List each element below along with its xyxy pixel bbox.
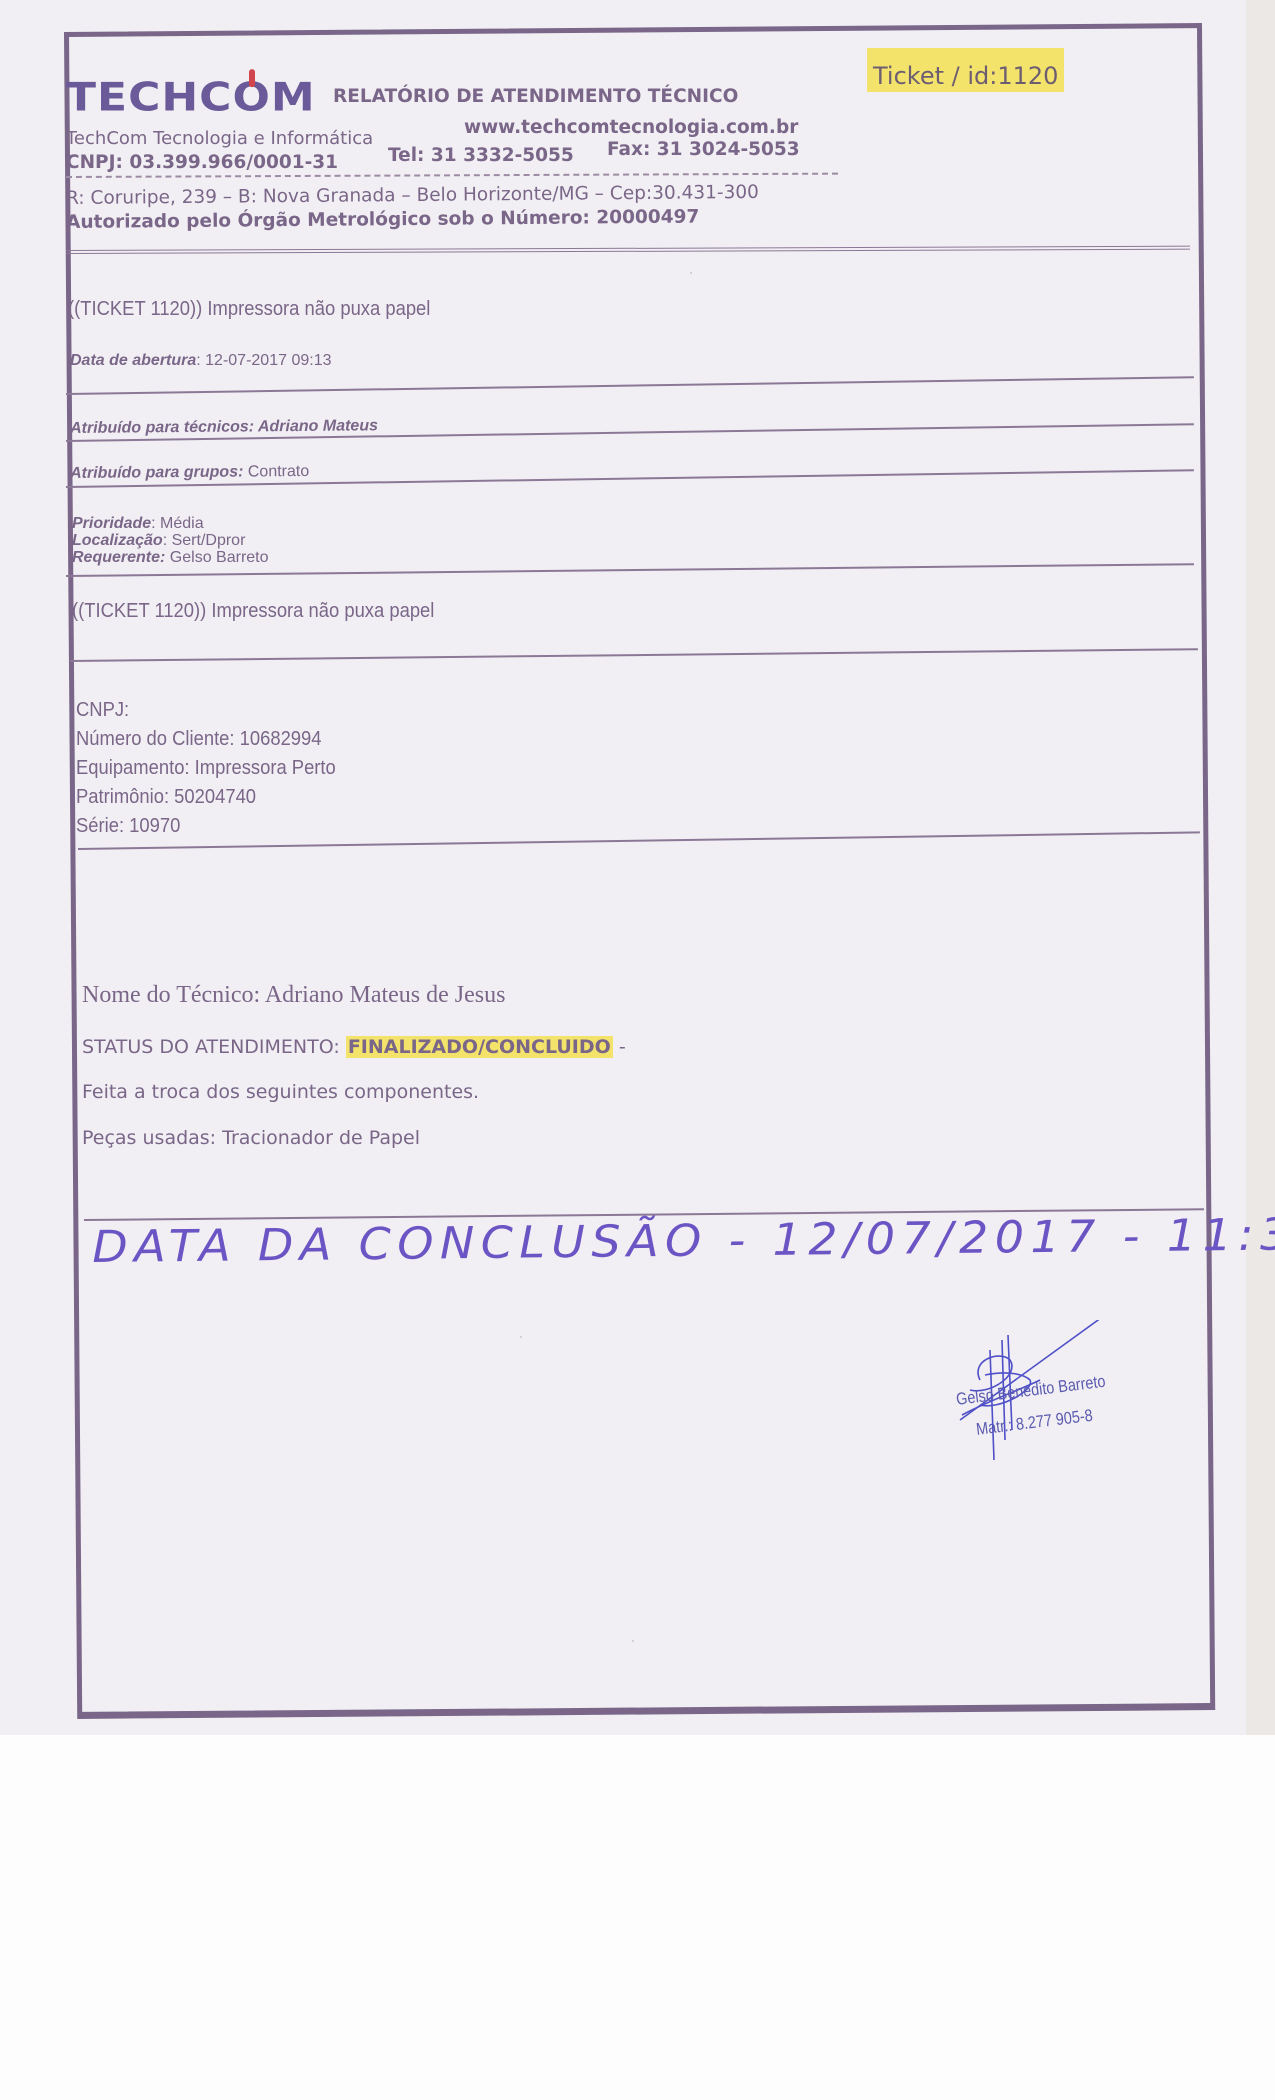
requester-value: Gelso Barreto bbox=[165, 549, 268, 566]
priority-label: Prioridade bbox=[72, 515, 151, 532]
client-cnpj: CNPJ: bbox=[76, 696, 336, 725]
techcom-logo: TECHCOM bbox=[66, 75, 316, 121]
location-value: : Sert/Dpror bbox=[163, 532, 246, 549]
client-number: Número do Cliente: 10682994 bbox=[76, 725, 336, 754]
location: Localização: Sert/Dpror bbox=[72, 532, 269, 549]
opening-date-label: Data de abertura bbox=[70, 352, 196, 369]
assigned-groups-label: Atribuído para grupos: bbox=[70, 463, 243, 482]
equipment: Equipamento: Impressora Perto bbox=[76, 754, 336, 783]
company-website: www.techcomtecnologia.com.br bbox=[464, 117, 798, 138]
technician-name: Nome do Técnico: Adriano Mateus de Jesus bbox=[82, 982, 505, 1009]
scan-speck bbox=[520, 1336, 522, 1338]
scan-speck bbox=[690, 272, 692, 274]
requester-label: Requerente: bbox=[72, 549, 165, 566]
opening-date: Data de abertura: 12-07-2017 09:13 bbox=[70, 352, 331, 370]
work-done: Feita a troca dos seguintes componentes. bbox=[82, 1081, 479, 1103]
parts-used: Peças usadas: Tracionador de Papel bbox=[82, 1127, 420, 1149]
serial-number: Série: 10970 bbox=[76, 812, 336, 841]
service-status: STATUS DO ATENDIMENTO: FINALIZADO/CONCLU… bbox=[82, 1036, 626, 1058]
company-fax: Fax: 31 3024-5053 bbox=[607, 139, 800, 160]
status-value: FINALIZADO/CONCLUIDO bbox=[346, 1036, 613, 1058]
priority: Prioridade: Média bbox=[72, 515, 269, 532]
ticket-title: ((TICKET 1120)) Impressora não puxa pape… bbox=[68, 298, 430, 321]
requester: Requerente: Gelso Barreto bbox=[72, 549, 269, 566]
location-label: Localização bbox=[72, 532, 163, 549]
client-info: CNPJ: Número do Cliente: 10682994 Equipa… bbox=[76, 696, 336, 841]
assigned-groups: Atribuído para grupos: Contrato bbox=[70, 463, 309, 483]
opening-date-value: : 12-07-2017 09:13 bbox=[196, 352, 331, 369]
company-tel: Tel: 31 3332-5055 bbox=[388, 145, 574, 166]
ticket-meta: Prioridade: Média Localização: Sert/Dpro… bbox=[72, 515, 269, 566]
ticket-id-badge: Ticket / id:1120 bbox=[867, 48, 1064, 92]
company-name: TechCom Tecnologia e Informática bbox=[66, 128, 373, 149]
scanner-edge bbox=[1246, 0, 1275, 1735]
scan-speck bbox=[632, 1640, 634, 1642]
asset-number: Patrimônio: 50204740 bbox=[76, 783, 336, 812]
report-title: RELATÓRIO DE ATENDIMENTO TÉCNICO bbox=[333, 86, 738, 107]
priority-value: : Média bbox=[151, 515, 203, 532]
status-label: STATUS DO ATENDIMENTO: bbox=[82, 1036, 340, 1058]
assigned-groups-value: Contrato bbox=[243, 463, 309, 481]
company-cnpj: CNPJ: 03.399.966/0001-31 bbox=[66, 152, 338, 173]
status-suffix: - bbox=[619, 1036, 626, 1058]
ticket-description: ((TICKET 1120)) Impressora não puxa pape… bbox=[72, 600, 434, 623]
assigned-technicians: Atribuído para técnicos: Adriano Mateus bbox=[70, 417, 378, 438]
